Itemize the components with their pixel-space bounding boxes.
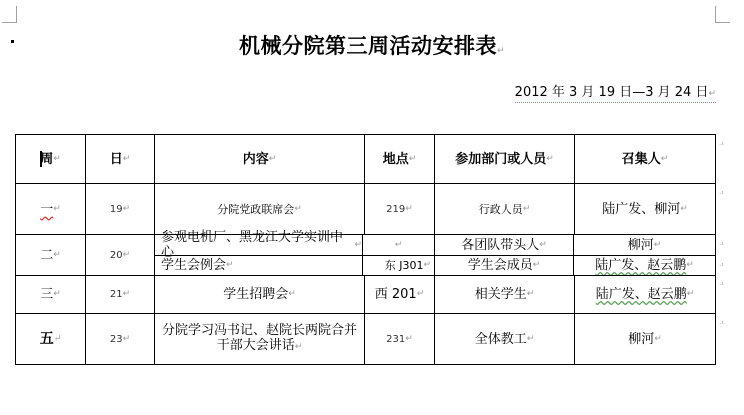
paragraph-mark-icon: ↵ xyxy=(680,202,688,217)
content-text: 分院学习冯书记、赵院长两院合并干部大会讲话 xyxy=(162,323,357,353)
row-wed-content[interactable]: 学生招聘会↵ xyxy=(154,275,365,314)
row-end-mark-icon: ·¹ xyxy=(719,262,724,270)
paragraph-mark-icon: ↵ xyxy=(527,332,535,347)
row-wed-location[interactable]: 西 201↵ xyxy=(364,275,435,314)
paragraph-mark-icon: ↵ xyxy=(533,258,541,273)
row-tue-participants-1[interactable]: 各团队带头人↵ xyxy=(434,234,574,256)
day-value: 20 xyxy=(110,248,123,263)
paragraph-mark-icon: ↵ xyxy=(53,248,61,263)
paragraph-mark-icon: ↵ xyxy=(423,258,431,273)
paragraph-mark-icon: ↵ xyxy=(123,287,131,302)
row-tue-day[interactable]: 20↵ xyxy=(85,234,155,276)
location-text: 东 J301 xyxy=(385,258,424,273)
row-wed-participants[interactable]: 相关学生↵ xyxy=(434,275,575,314)
participants-text: 学生会成员 xyxy=(468,258,533,273)
date-range[interactable]: 2012 年 3 月 19 日—3 月 24 日↵ xyxy=(515,85,716,103)
week-label: 一 xyxy=(40,202,53,217)
row-tue-content-1[interactable]: 参观电机厂、黑龙江大学实训中心↵ xyxy=(154,234,363,256)
participants-text: 行政人员 xyxy=(479,202,523,217)
convener-text: 柳河 xyxy=(628,332,654,347)
paragraph-mark-icon: ↵ xyxy=(708,89,716,99)
header-content[interactable]: 内容↵ xyxy=(154,134,365,184)
paragraph-mark-icon: ↵ xyxy=(661,152,669,167)
participants-text: 各团队带头人 xyxy=(461,238,539,253)
paragraph-mark-icon: ↵ xyxy=(409,152,417,167)
paragraph-mark-icon: ↵ xyxy=(123,248,131,263)
row-end-mark-icon: ·¹ xyxy=(719,320,724,328)
paragraph-mark-icon: ↵ xyxy=(497,46,505,56)
header-participants-label: 参加部门或人员 xyxy=(455,152,546,167)
row-fri-participants[interactable]: 全体教工↵ xyxy=(434,313,575,365)
header-day-label: 日 xyxy=(110,152,123,167)
date-range-text: 2012 年 3 月 19 日—3 月 24 日 xyxy=(515,85,709,100)
paragraph-mark-icon: ↵ xyxy=(226,258,234,273)
page-crop-mark-top-left xyxy=(2,6,17,23)
paragraph-mark-icon: ↵ xyxy=(123,332,131,347)
week-label: 二 xyxy=(40,248,53,263)
row-mon-convener[interactable]: 陆广发、柳河↵ xyxy=(574,183,716,235)
row-tue-content-2[interactable]: 学生会例会↵ xyxy=(154,255,363,276)
paragraph-mark-icon: ↵ xyxy=(295,342,303,352)
row-end-mark-icon: ·¹ xyxy=(719,190,724,198)
paragraph-mark-icon: ↵ xyxy=(288,287,296,302)
header-convener[interactable]: 召集人↵ xyxy=(574,134,716,184)
location-text: 西 201 xyxy=(375,287,417,302)
row-mon-location[interactable]: 219↵ xyxy=(364,183,435,235)
content-text: 学生会例会 xyxy=(161,258,226,273)
schedule-table: 周↵ 日↵ 内容↵ 地点↵ 参加部门或人员↵ 召集人↵ 一↵ 19↵ 分院党政联… xyxy=(16,135,716,365)
paragraph-mark-icon: ↵ xyxy=(546,152,554,167)
paragraph-mark-icon: ↵ xyxy=(354,238,362,253)
participants-text: 全体教工 xyxy=(475,332,527,347)
location-text: 231 xyxy=(386,332,405,347)
header-location[interactable]: 地点↵ xyxy=(364,134,435,184)
convener-text: 陆广发、赵云鹏 xyxy=(596,287,687,302)
participants-text: 相关学生 xyxy=(475,287,527,302)
paragraph-mark-icon: ↵ xyxy=(405,202,413,217)
day-value: 23 xyxy=(110,332,123,347)
convener-text: 柳河 xyxy=(628,238,654,253)
paragraph-mark-icon: ↵ xyxy=(395,238,403,253)
paragraph-mark-icon: ↵ xyxy=(539,238,547,253)
row-tue-convener-1[interactable]: 柳河↵ xyxy=(573,234,716,256)
row-mon-participants[interactable]: 行政人员↵ xyxy=(434,183,575,235)
paragraph-mark-icon: ↵ xyxy=(53,152,61,167)
paragraph-mark-icon: ↵ xyxy=(53,287,61,302)
paragraph-mark-icon: ↵ xyxy=(654,332,662,347)
header-day[interactable]: 日↵ xyxy=(85,134,155,184)
row-wed-day[interactable]: 21↵ xyxy=(85,275,155,314)
day-value: 19 xyxy=(110,202,123,217)
paragraph-mark-icon: ↵ xyxy=(54,332,62,347)
row-fri-day[interactable]: 23↵ xyxy=(85,313,155,365)
paragraph-mark-icon: ↵ xyxy=(294,202,302,217)
row-wed-convener[interactable]: 陆广发、赵云鹏↵ xyxy=(574,275,716,314)
paragraph-mark-icon: ↵ xyxy=(687,287,695,302)
day-value: 21 xyxy=(110,287,123,302)
row-fri-week[interactable]: 五↵ xyxy=(15,313,86,365)
content-text: 学生招聘会 xyxy=(223,287,288,302)
row-tue-week[interactable]: 二↵ xyxy=(15,234,86,276)
location-text: 219 xyxy=(386,202,405,217)
row-mon-content[interactable]: 分院党政联席会↵ xyxy=(154,183,365,235)
paragraph-mark-icon: ↵ xyxy=(527,287,535,302)
row-end-mark-icon: ·¹ xyxy=(719,281,724,289)
paragraph-mark-icon: ↵ xyxy=(405,332,413,347)
paragraph-mark-icon: ↵ xyxy=(53,202,61,217)
paragraph-mark-icon: ↵ xyxy=(654,238,662,253)
header-content-label: 内容 xyxy=(243,152,269,167)
row-end-mark-icon: ·¹ xyxy=(719,141,724,149)
document-title-text: 机械分院第三周活动安排表 xyxy=(239,34,497,58)
row-tue-location-2[interactable]: 东 J301↵ xyxy=(362,255,435,276)
week-label: 三 xyxy=(40,287,53,302)
paragraph-mark-icon: ↵ xyxy=(123,152,131,167)
header-participants[interactable]: 参加部门或人员↵ xyxy=(434,134,575,184)
paragraph-mark-icon: ↵ xyxy=(686,258,694,273)
header-week[interactable]: 周↵ xyxy=(15,134,86,184)
row-fri-location[interactable]: 231↵ xyxy=(364,313,435,365)
header-location-label: 地点 xyxy=(383,152,409,167)
row-fri-convener[interactable]: 柳河↵ xyxy=(574,313,716,365)
row-wed-week[interactable]: 三↵ xyxy=(15,275,86,314)
row-tue-convener-2[interactable]: 陆广发、赵云鹏↵ xyxy=(573,255,716,276)
convener-text: 陆广发、柳河 xyxy=(602,202,680,217)
convener-text: 陆广发、赵云鹏 xyxy=(595,258,686,273)
row-end-mark-icon: ·¹ xyxy=(719,241,724,249)
paragraph-mark-icon: ↵ xyxy=(417,287,425,302)
document-title[interactable]: 机械分院第三周活动安排表↵ xyxy=(0,30,744,60)
content-text: 分院党政联席会 xyxy=(217,202,294,217)
paragraph-mark-icon: ↵ xyxy=(123,202,131,217)
row-tue-participants-2[interactable]: 学生会成员↵ xyxy=(434,255,574,276)
row-tue-location-1[interactable]: ↵ xyxy=(362,234,435,256)
row-mon-day[interactable]: 19↵ xyxy=(85,183,155,235)
header-convener-label: 召集人 xyxy=(622,152,661,167)
page-crop-mark-top-right xyxy=(715,6,730,23)
row-mon-week[interactable]: 一↵ xyxy=(15,183,86,235)
paragraph-mark-icon: ↵ xyxy=(269,152,277,167)
week-label: 五 xyxy=(40,332,54,347)
header-week-label: 周 xyxy=(40,152,53,167)
paragraph-mark-icon: ↵ xyxy=(523,202,531,217)
row-fri-content[interactable]: 分院学习冯书记、赵院长两院合并干部大会讲话↵ xyxy=(154,313,365,365)
